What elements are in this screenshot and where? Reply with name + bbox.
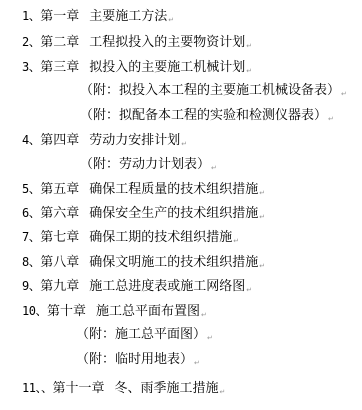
toc-line-chapter-3: 3、第三章拟投入的主要施工机械计划↵: [22, 57, 252, 77]
paragraph-mark-icon: ↵: [201, 311, 207, 319]
toc-line-appendix: （附：施工总平面图）↵: [76, 325, 213, 345]
paragraph-mark-icon: ↵: [246, 286, 252, 294]
toc-line-chapter-4: 4、第四章劳动力安排计划↵: [22, 130, 187, 150]
chapter-label: 第十章: [47, 304, 86, 319]
chapter-label: 第四章: [40, 133, 79, 148]
appendix-text: （附：施工总平面图）: [76, 327, 206, 342]
chapter-label: 第二章: [40, 35, 79, 50]
chapter-number: 2、: [22, 35, 40, 49]
chapter-number: 1、: [22, 9, 40, 23]
chapter-title: 确保工期的技术组织措施: [89, 230, 232, 245]
toc-line-chapter-8: 8、第八章确保文明施工的技术组织措施↵: [22, 252, 265, 272]
paragraph-mark-icon: ↵: [219, 388, 225, 396]
chapter-title: 施工总进度表或施工网络图: [89, 279, 245, 294]
chapter-label: 第十一章: [52, 381, 104, 396]
toc-line-chapter-5: 5、第五章确保工程质量的技术组织措施↵: [22, 179, 265, 199]
chapter-title: 冬、雨季施工措施: [114, 381, 218, 396]
chapter-title: 拟投入的主要施工机械计划: [89, 60, 245, 75]
paragraph-mark-icon: ↵: [233, 237, 239, 245]
paragraph-mark-icon: ↵: [259, 213, 265, 221]
paragraph-mark-icon: ↵: [211, 164, 217, 172]
chapter-number: 3、: [22, 60, 40, 74]
paragraph-mark-icon: ↵: [259, 189, 265, 197]
chapter-number: 8、: [22, 255, 40, 269]
chapter-number: 9、: [22, 279, 40, 293]
appendix-text: （附：劳动力计划表）: [80, 157, 210, 172]
paragraph-mark-icon: ↵: [341, 90, 347, 98]
chapter-title: 工程拟投入的主要物资计划: [89, 35, 245, 50]
chapter-number: 11、、: [22, 381, 52, 395]
toc-line-appendix: （附：劳动力计划表）↵: [80, 155, 217, 175]
toc-line-appendix: （附：拟配备本工程的实验和检测仪器表）↵: [80, 106, 334, 126]
chapter-title: 确保安全生产的技术组织措施: [89, 206, 258, 221]
chapter-title: 施工总平面布置图: [96, 304, 200, 319]
toc-line-chapter-1: 1、第一章主要施工方法↵: [22, 6, 174, 26]
chapter-label: 第五章: [40, 182, 79, 197]
paragraph-mark-icon: ↵: [259, 262, 265, 270]
toc-line-chapter-7: 7、第七章确保工期的技术组织措施↵: [22, 227, 239, 247]
chapter-number: 4、: [22, 133, 40, 147]
chapter-title: 确保工程质量的技术组织措施: [89, 182, 258, 197]
chapter-label: 第一章: [40, 9, 79, 24]
chapter-label: 第九章: [40, 279, 79, 294]
document-page: 1、第一章主要施工方法↵ 2、第二章工程拟投入的主要物资计划↵ 3、第三章拟投入…: [0, 0, 362, 410]
appendix-text: （附：拟配备本工程的实验和检测仪器表）: [80, 108, 327, 123]
chapter-label: 第六章: [40, 206, 79, 221]
paragraph-mark-icon: ↵: [246, 67, 252, 75]
appendix-text: （附：临时用地表）: [76, 352, 193, 367]
chapter-title: 劳动力安排计划: [89, 133, 180, 148]
toc-line-chapter-9: 9、第九章施工总进度表或施工网络图↵: [22, 276, 252, 296]
toc-line-chapter-11: 11、、第十一章冬、雨季施工措施↵: [22, 378, 225, 398]
paragraph-mark-icon: ↵: [168, 16, 174, 24]
chapter-label: 第三章: [40, 60, 79, 75]
chapter-title: 确保文明施工的技术组织措施: [89, 255, 258, 270]
paragraph-mark-icon: ↵: [181, 140, 187, 148]
paragraph-mark-icon: ↵: [194, 359, 200, 367]
toc-line-appendix: （附：临时用地表）↵: [76, 350, 200, 370]
paragraph-mark-icon: ↵: [328, 115, 334, 123]
chapter-label: 第八章: [40, 255, 79, 270]
chapter-number: 5、: [22, 182, 40, 196]
toc-line-chapter-6: 6、第六章确保安全生产的技术组织措施↵: [22, 203, 265, 223]
chapter-number: 7、: [22, 230, 40, 244]
toc-line-chapter-2: 2、第二章工程拟投入的主要物资计划↵: [22, 32, 252, 52]
chapter-number: 10、: [22, 304, 47, 318]
chapter-title: 主要施工方法: [89, 9, 167, 24]
chapter-label: 第七章: [40, 230, 79, 245]
toc-line-chapter-10: 10、第十章施工总平面布置图↵: [22, 301, 207, 321]
toc-line-appendix: （附：拟投入本工程的主要施工机械设备表）↵: [80, 81, 347, 101]
paragraph-mark-icon: ↵: [207, 334, 213, 342]
appendix-text: （附：拟投入本工程的主要施工机械设备表）: [80, 83, 340, 98]
paragraph-mark-icon: ↵: [246, 42, 252, 50]
chapter-number: 6、: [22, 206, 40, 220]
